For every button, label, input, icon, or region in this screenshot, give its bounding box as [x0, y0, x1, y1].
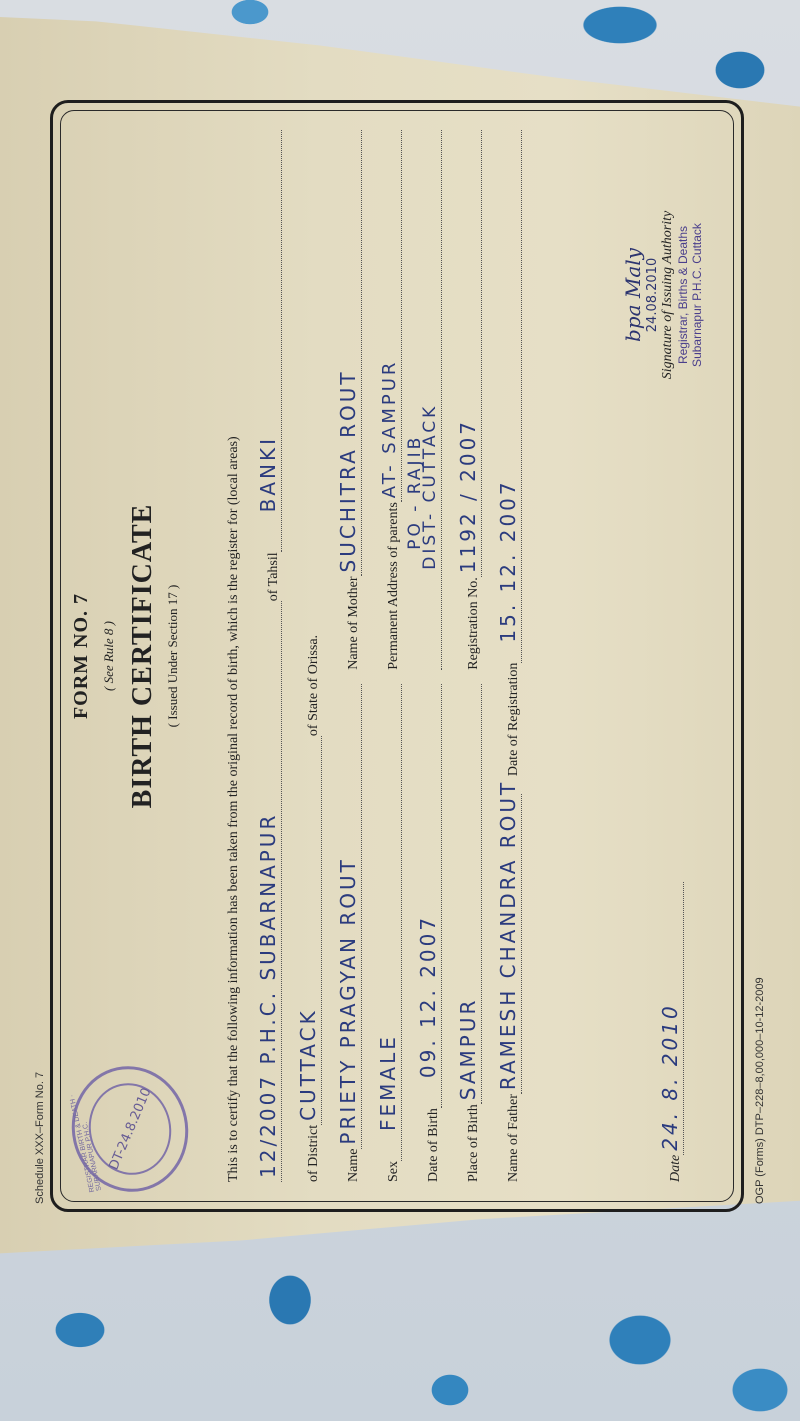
registrar-stamp-line2: Subarnapur P.H.C. Cuttack — [690, 170, 704, 420]
tahsil-value: BANKI — [256, 436, 280, 512]
reg-no-value: 1192 / 2007 — [456, 419, 480, 573]
father-value: RAMESH CHANDRA ROUT — [496, 780, 520, 1090]
address-line1: AT- SAMPUR — [379, 360, 400, 499]
birth-certificate: Schedule XXX–Form No. 7 OGP (Forms) DTP–… — [50, 100, 744, 1212]
mother-value: SUCHITRA ROUT — [336, 369, 360, 572]
mother-label: Name of Mother — [346, 576, 362, 669]
title-block: FORM NO. 7 ( See Rule 8 ) BIRTH CERTIFIC… — [70, 100, 181, 1212]
signature-date: 24.08.2010 — [645, 170, 660, 420]
certificate-body: This is to certify that the following in… — [220, 130, 522, 1182]
signature-label: Signature of Issuing Authority — [660, 170, 676, 420]
certificate-title: BIRTH CERTIFICATE — [127, 100, 159, 1212]
address-label: Permanent Address of parents — [386, 502, 402, 670]
reg-date-value: 15. 12. 2007 — [496, 479, 520, 642]
issue-date-label: Date — [668, 1155, 684, 1182]
name-value: PRIETY PRAGYAN ROUT — [336, 857, 360, 1144]
local-area-value: 12/2007 P.H.C. SUBARNAPUR — [256, 813, 280, 1178]
sex-value: FEMALE — [376, 1034, 400, 1131]
certify-intro: This is to certify that the following in… — [226, 436, 242, 1182]
reg-no-label: Registration No. — [466, 577, 482, 670]
dob-value: 09. 12. 2007 — [416, 915, 440, 1078]
see-rule: ( See Rule 8 ) — [101, 100, 117, 1212]
issued-under: ( Issued Under Section 17 ) — [165, 100, 181, 1212]
handwritten-signature: bpa Maly — [621, 170, 645, 420]
reg-date-label: Date of Registration — [506, 663, 522, 795]
form-number: FORM NO. 7 — [70, 100, 93, 1212]
district-value: CUTTACK — [296, 1008, 320, 1121]
issue-date: Date 24. 8. 2010 — [665, 882, 684, 1182]
tahsil-label: of Tahsil — [266, 552, 282, 601]
district-label: of District — [306, 1125, 322, 1182]
pob-label: Place of Birth — [466, 1104, 482, 1182]
pob-value: SAMPUR — [456, 998, 480, 1101]
name-label: Name — [346, 1149, 362, 1182]
print-code: OGP (Forms) DTP–228–8,00,000–10-12-2009 — [754, 977, 766, 1204]
issue-date-value: 24. 8. 2010 — [658, 1003, 682, 1151]
registrar-stamp-line1: Registrar, Births & Deaths — [676, 170, 690, 420]
signature-block: bpa Maly 24.08.2010 Signature of Issuing… — [621, 170, 704, 420]
sex-label: Sex — [386, 1161, 402, 1182]
dob-label: Date of Birth — [426, 1108, 442, 1182]
schedule-label: Schedule XXX–Form No. 7 — [34, 1072, 46, 1204]
state-label: of State of Orissa. — [306, 635, 322, 736]
father-label: Name of Father — [506, 1094, 522, 1182]
address-line3: DIST- CUTTACK — [420, 404, 440, 570]
